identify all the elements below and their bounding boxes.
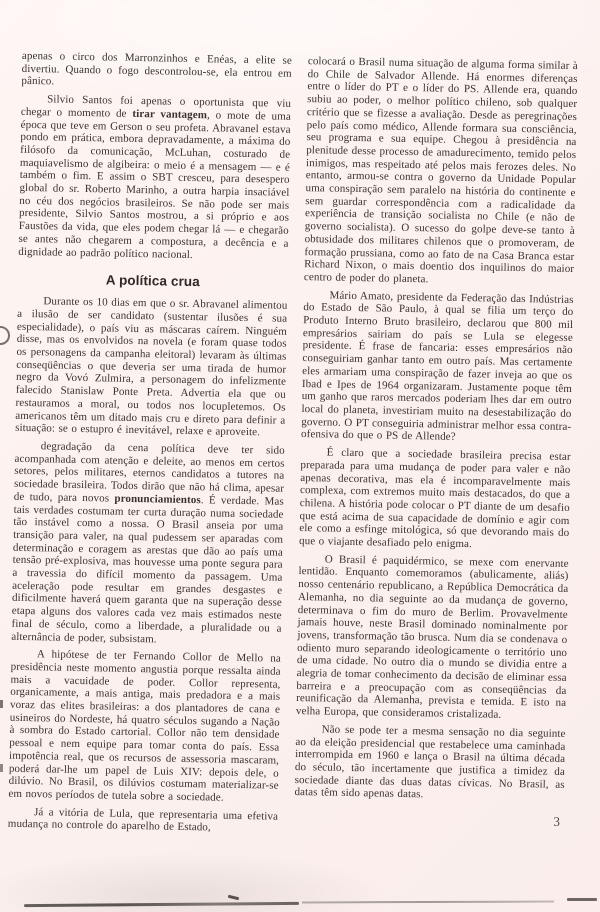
margin-artifact-circle — [0, 326, 10, 345]
paragraph-text: colocará o Brasil numa situação de algum… — [304, 55, 578, 285]
scan-edge-line — [302, 901, 554, 904]
paragraph: É claro que a sociedade brasileira preci… — [299, 446, 571, 553]
paragraph-text: apenas o circo dos Marronzinhos e Enéas,… — [21, 50, 292, 88]
paragraph: A hipótese de ter Fernando Collor de Mel… — [8, 648, 281, 805]
paragraph: Mário Amato, presidente da Federação das… — [301, 289, 574, 446]
page-number: 3 — [294, 809, 564, 830]
paragraph: colocará o Brasil numa situação de algum… — [304, 55, 578, 289]
bold-phrase: tirar vantagem — [132, 108, 207, 121]
paragraph: apenas o circo dos Marronzinhos e Enéas,… — [21, 50, 292, 93]
margin-artifact-mark — [0, 764, 3, 772]
paragraph: Não se pode ter a mesma sensação no dia … — [294, 723, 565, 804]
paragraph-text: . É verdade. Mas tais verdades costumam … — [11, 494, 284, 645]
paragraph: Durante os 10 dias em que o sr. Abravane… — [15, 295, 288, 440]
paragraph-text: O Brasil é paquidérmico, se mexe com ene… — [296, 553, 569, 721]
left-column: apenas o circo dos Marronzinhos e Enéas,… — [8, 50, 292, 841]
paragraph-text: É claro que a sociedade brasileira preci… — [299, 447, 571, 551]
right-column: colocará o Brasil numa situação de algum… — [294, 55, 578, 846]
paragraph-text: Durante os 10 dias em que o sr. Abravane… — [15, 296, 288, 439]
scan-edge-line — [24, 902, 299, 907]
section-heading: A política crua — [18, 271, 288, 291]
paragraph: Silvio Santos foi apenas o oportunista q… — [18, 93, 291, 263]
paragraph: O Brasil é paquidérmico, se mexe com ene… — [296, 553, 569, 723]
text-columns: apenas o circo dos Marronzinhos e Enéas,… — [8, 50, 578, 846]
scan-edge-mark — [228, 895, 239, 901]
bold-phrase: pronunciamientos — [114, 492, 201, 506]
margin-artifact-mark — [0, 700, 3, 708]
paragraph-text: Mário Amato, presidente da Federação das… — [301, 289, 574, 443]
paragraph-text: A hipótese de ter Fernando Collor de Mel… — [8, 648, 281, 803]
scan-edge-dash — [567, 898, 597, 901]
paragraph-text: , o mote de uma época que teve em Gerson… — [18, 109, 291, 260]
scanned-magazine-page: apenas o circo dos Marronzinhos e Enéas,… — [0, 0, 600, 912]
paragraph-text: Não se pode ter a mesma sensação no dia … — [294, 723, 565, 800]
paragraph: Já a vitória de Lula, que representaria … — [8, 805, 278, 835]
paragraph-text: Já a vitória de Lula, que representaria … — [8, 806, 278, 834]
paragraph: degradação da cena política deve ter sid… — [11, 440, 285, 648]
